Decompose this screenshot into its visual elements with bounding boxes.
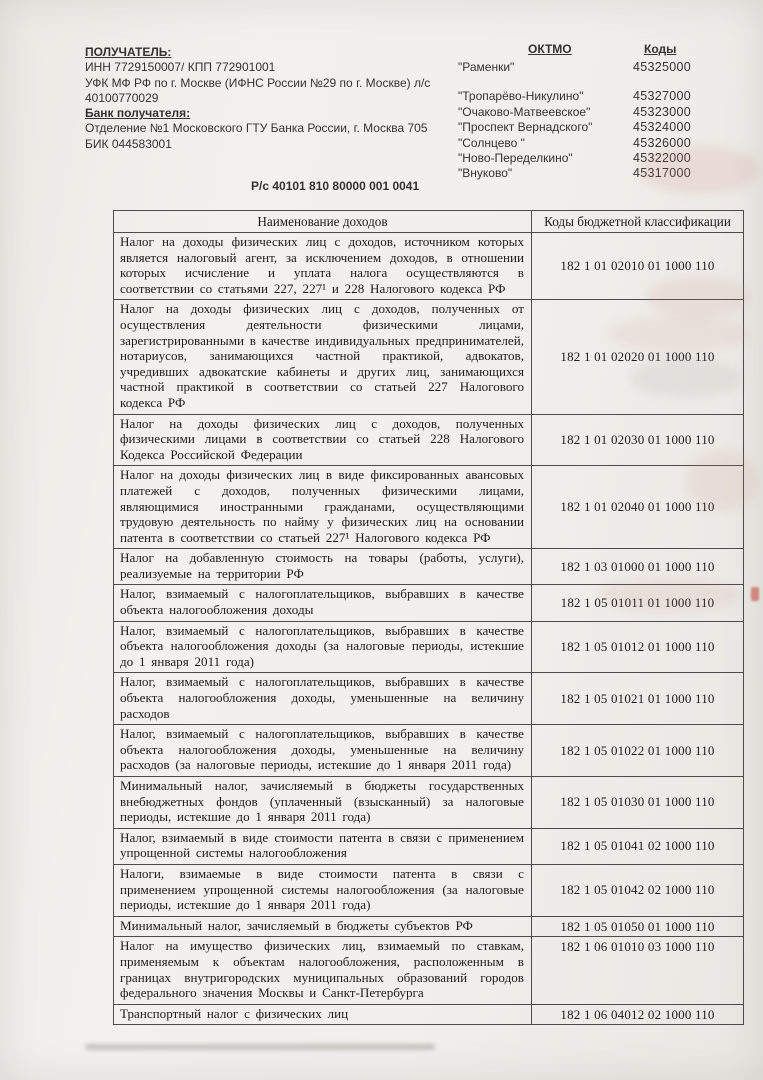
table-row: Налог на имущество физических лиц, взима… <box>114 937 743 1004</box>
kbk-code-cell: 182 1 01 02040 01 1000 110 <box>531 466 743 548</box>
kbk-code-cell: 182 1 05 01012 01 1000 110 <box>531 622 743 673</box>
kbk-code-cell: 182 1 05 01011 01 1000 110 <box>531 585 743 620</box>
recipient-line: ИНН 7729150007/ КПП 772901001 <box>85 60 430 75</box>
kbk-code-cell: 182 1 05 01041 02 1000 110 <box>531 829 743 864</box>
table-body: Налог на доходы физических лиц с доходов… <box>114 233 743 1024</box>
table-row: Налог, взимаемый в виде стоимости патент… <box>114 829 743 865</box>
kbk-code-cell: 182 1 06 01010 03 1000 110 <box>531 937 743 1003</box>
table-header-row: Наименование доходов Коды бюджетной клас… <box>114 211 743 233</box>
oktmo-row: "Раменки" 45325000 <box>458 60 758 75</box>
kbk-code-cell: 182 1 01 02020 01 1000 110 <box>531 300 743 413</box>
income-name-cell: Налог на добавленную стоимость на товары… <box>114 549 531 584</box>
kbk-code-cell: 182 1 05 01030 01 1000 110 <box>531 777 743 828</box>
oktmo-row: "Проспект Вернадского" 45324000 <box>458 120 758 135</box>
budget-classification-table: Наименование доходов Коды бюджетной клас… <box>113 210 744 1025</box>
oktmo-code: 45322000 <box>633 151 691 165</box>
oktmo-code: 45323000 <box>633 105 691 119</box>
bank-title: Банк получателя: <box>85 106 430 121</box>
oktmo-district-header: ОКТМО <box>528 42 572 56</box>
table-row: Налог, взимаемый с налогоплательщиков, в… <box>114 725 743 777</box>
income-name-cell: Налог на имущество физических лиц, взима… <box>114 937 531 1003</box>
oktmo-headers: ОКТМО Коды <box>458 42 758 59</box>
income-name-cell: Минимальный налог, зачисляемый в бюджеты… <box>114 917 531 937</box>
table-row: Налог, взимаемый с налогоплательщиков, в… <box>114 673 743 725</box>
oktmo-row: "Ново-Переделкино" 45322000 <box>458 151 758 166</box>
table-row: Налог на доходы физических лиц с доходов… <box>114 415 743 467</box>
table-row: Налог, взимаемый с налогоплательщиков, в… <box>114 622 743 674</box>
table-row: Налог на доходы физических лиц в виде фи… <box>114 466 743 549</box>
income-name-cell: Налог, взимаемый с налогоплательщиков, в… <box>114 622 531 673</box>
kbk-code-cell: 182 1 01 02030 01 1000 110 <box>531 415 743 466</box>
table-row: Налог на доходы физических лиц с доходов… <box>114 233 743 300</box>
income-name-cell: Налог, взимаемый с налогоплательщиков, в… <box>114 585 531 620</box>
table-header-kbk-codes: Коды бюджетной классификации <box>531 211 743 232</box>
table-row: Транспортный налог с физических лиц 182 … <box>114 1005 743 1025</box>
oktmo-district-name: "Тропарёво-Никулино" <box>458 89 633 103</box>
table-row: Минимальный налог, зачисляемый в бюджеты… <box>114 777 743 829</box>
table-row: Налог на добавленную стоимость на товары… <box>114 549 743 585</box>
oktmo-code: 45325000 <box>633 60 691 74</box>
table-row: Налог на доходы физических лиц с доходов… <box>114 300 743 414</box>
income-name-cell: Транспортный налог с физических лиц <box>114 1005 531 1025</box>
income-name-cell: Налог, взимаемый с налогоплательщиков, в… <box>114 725 531 776</box>
oktmo-codes-header: Коды <box>644 42 676 56</box>
oktmo-code: 45326000 <box>633 136 691 150</box>
recipient-line: УФК МФ РФ по г. Москве (ИФНС России №29 … <box>85 76 430 91</box>
table-row: Налог, взимаемый с налогоплательщиков, в… <box>114 585 743 621</box>
income-name-cell: Минимальный налог, зачисляемый в бюджеты… <box>114 777 531 828</box>
bank-lines: Отделение №1 Московского ГТУ Банка Росси… <box>85 121 430 152</box>
scan-artifact-shadow <box>85 1044 435 1050</box>
oktmo-row: "Солнцево " 45326000 <box>458 136 758 151</box>
oktmo-row: "Очаково-Матвеевское" 45323000 <box>458 105 758 120</box>
oktmo-code: 45327000 <box>633 89 691 103</box>
recipient-block: ПОЛУЧАТЕЛЬ: ИНН 7729150007/ КПП 77290100… <box>85 45 430 152</box>
income-name-cell: Налог, взимаемый в виде стоимости патент… <box>114 829 531 864</box>
kbk-code-cell: 182 1 01 02010 01 1000 110 <box>531 233 743 299</box>
table-row: Налоги, взимаемые в виде стоимости патен… <box>114 865 743 917</box>
oktmo-district-name: "Солнцево " <box>458 136 633 150</box>
oktmo-district-name: "Очаково-Матвеевское" <box>458 105 633 119</box>
income-name-cell: Налог, взимаемый с налогоплательщиков, в… <box>114 673 531 724</box>
kbk-code-cell: 182 1 06 04012 02 1000 110 <box>531 1005 743 1025</box>
table-header-income-name: Наименование доходов <box>114 211 531 232</box>
oktmo-rows: "Раменки" 45325000 "Тропарёво-Никулино" … <box>458 60 758 182</box>
income-name-cell: Налог на доходы физических лиц в виде фи… <box>114 466 531 548</box>
bank-line: БИК 044583001 <box>85 137 430 152</box>
income-name-cell: Налог на доходы физических лиц с доходов… <box>114 233 531 299</box>
kbk-code-cell: 182 1 05 01050 01 1000 110 <box>531 917 743 937</box>
income-name-cell: Налог на доходы физических лиц с доходов… <box>114 300 531 413</box>
scan-artifact-red-mark <box>751 587 759 601</box>
oktmo-district-name: "Проспект Вернадского" <box>458 120 633 134</box>
income-name-cell: Налоги, взимаемые в виде стоимости патен… <box>114 865 531 916</box>
oktmo-row: "Тропарёво-Никулино" 45327000 <box>458 89 758 104</box>
settlement-account-number: Р/с 40101 810 80000 001 0041 <box>251 179 419 193</box>
income-name-cell: Налог на доходы физических лиц с доходов… <box>114 415 531 466</box>
oktmo-district-name: "Ново-Переделкино" <box>458 151 633 165</box>
kbk-code-cell: 182 1 03 01000 01 1000 110 <box>531 549 743 584</box>
scanned-tax-document-page: ПОЛУЧАТЕЛЬ: ИНН 7729150007/ КПП 77290100… <box>0 0 763 1080</box>
table-row: Минимальный налог, зачисляемый в бюджеты… <box>114 917 743 938</box>
oktmo-district-name: "Внуково" <box>458 166 633 180</box>
recipient-title: ПОЛУЧАТЕЛЬ: <box>85 45 430 60</box>
kbk-code-cell: 182 1 05 01042 02 1000 110 <box>531 865 743 916</box>
oktmo-code: 45324000 <box>633 120 691 134</box>
recipient-lines: ИНН 7729150007/ КПП 772901001УФК МФ РФ п… <box>85 60 430 106</box>
bank-line: Отделение №1 Московского ГТУ Банка Росси… <box>85 121 430 136</box>
recipient-line: 40100770029 <box>85 91 430 106</box>
kbk-code-cell: 182 1 05 01021 01 1000 110 <box>531 673 743 724</box>
oktmo-block: ОКТМО Коды "Раменки" 45325000 "Тропарёво… <box>458 42 758 182</box>
oktmo-code: 45317000 <box>633 166 691 180</box>
oktmo-row: "Внуково" 45317000 <box>458 166 758 181</box>
kbk-code-cell: 182 1 05 01022 01 1000 110 <box>531 725 743 776</box>
oktmo-district-name: "Раменки" <box>458 60 633 74</box>
